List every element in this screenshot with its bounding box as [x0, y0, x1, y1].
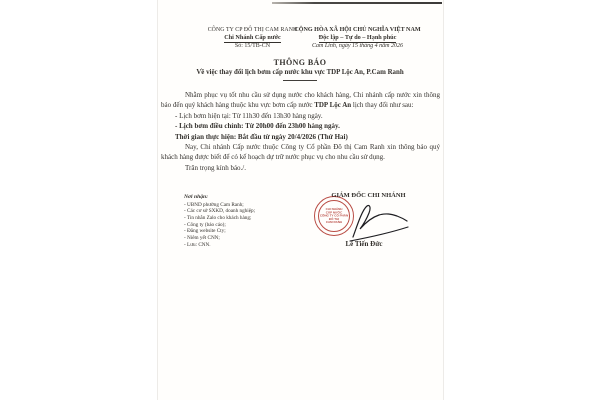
document-body: Nhằm phục vụ tốt nhu cầu sử dụng nước ch…: [161, 90, 440, 173]
document-subtitle: Về việc thay đổi lịch bơm cấp nước khu v…: [158, 69, 442, 76]
place-date-line: Cam Linh, ngày 15 tháng 4 năm 2026: [290, 42, 425, 50]
national-motto: Độc lập – Tự do – Hạnh phúc: [290, 34, 425, 42]
scanned-notice-screen: CÔNG TY CP ĐÔ THỊ CAM RANH Chi Nhánh Cấp…: [0, 0, 600, 400]
stamp-text: CHI NHÁNH CẤP NƯỚC CÔNG TY CỔ PHẦN ĐÔ TH…: [320, 208, 349, 224]
paragraph-intro-tail: lịch thay đổi như sau:: [351, 101, 413, 109]
effective-date-line: Thời gian thực hiện: Bắt đầu từ ngày 20/…: [175, 132, 440, 142]
schedule-current-line: - Lịch bơm hiện tại: Từ 11h30 đến 13h30 …: [175, 111, 440, 121]
recipient-item: - Các cơ sở SXKD, doanh nghiệp;: [184, 208, 299, 215]
recipient-item: - Niêm yết CNN;: [184, 235, 299, 242]
recipient-item: - UBND phường Cam Ranh;: [184, 202, 299, 209]
recipients-block: Nơi nhận: - UBND phường Cam Ranh; - Các …: [184, 194, 299, 248]
schedule-new-line: - Lịch bơm điều chỉnh: Từ 20h00 đến 23h0…: [175, 121, 440, 131]
handwritten-signature: [346, 198, 412, 244]
recipient-item: - Công ty (báo cáo);: [184, 222, 299, 229]
recipient-item: - Lưu: CNN.: [184, 242, 299, 249]
area-name-bold: TDP Lộc An: [314, 101, 351, 109]
header-national-block: CỘNG HÒA XÃ HỘI CHỦ NGHĨA VIỆT NAM Độc l…: [290, 26, 425, 51]
document-title: THÔNG BÁO: [158, 58, 442, 67]
stamp-line: CAM RANH: [320, 221, 349, 224]
paragraph-notice: Nay, Chi nhánh Cấp nước thuộc Công ty Cổ…: [161, 142, 440, 163]
title-divider: [283, 80, 317, 81]
recipients-label: Nơi nhận:: [184, 194, 299, 200]
recipient-item: - Tin nhắn Zalo cho khách hàng;: [184, 215, 299, 222]
scan-artifact-line: [272, 2, 442, 4]
signer-name: Lê Tiến Đức: [314, 240, 414, 248]
recipient-item: - Đăng website Cty;: [184, 228, 299, 235]
closing-line: Trân trọng kính báo./.: [185, 163, 440, 173]
paragraph-intro: Nhằm phục vụ tốt nhu cầu sử dụng nước ch…: [161, 90, 440, 111]
national-header: CỘNG HÒA XÃ HỘI CHỦ NGHĨA VIỆT NAM: [290, 26, 425, 34]
